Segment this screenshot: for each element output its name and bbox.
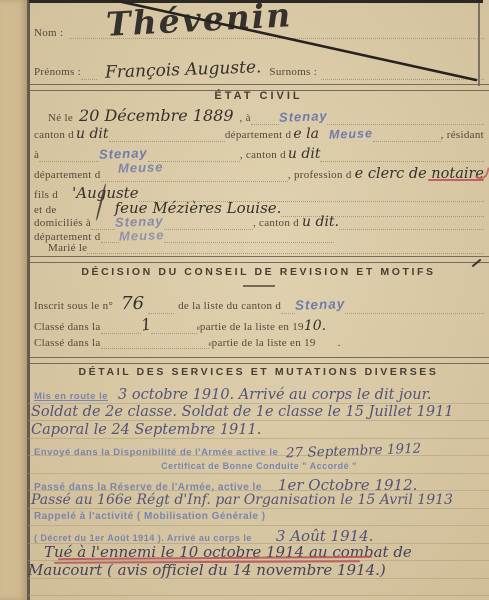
ruled-line [28, 525, 489, 526]
service-3-handwritten: Caporal le 24 Septembre 1911. [31, 422, 261, 438]
canton-label: canton d [34, 129, 74, 141]
decision-title: DÉCISION DU CONSEIL DE REVISION ET MOTIF… [34, 266, 483, 278]
fill [320, 158, 484, 162]
service-4-handwritten: 27 Septembre 1912 [286, 441, 422, 462]
marie-row: Marié le [34, 242, 484, 254]
fill [281, 310, 295, 314]
service-1-handwritten: 3 octobre 1910. Arrivé au corps le dit j… [118, 387, 432, 403]
ne-le-label: Né le [48, 112, 73, 124]
service-7-handwritten: Passé au 166e Régt d'Inf. par Organisati… [31, 492, 453, 508]
birth-place-stamp: Stenay [279, 108, 328, 125]
fill [39, 158, 99, 162]
canton2-handwritten: u dit [288, 146, 321, 162]
partie2-label: partie de la liste en 19 [212, 337, 316, 349]
profession-row: département d , profession d e clerc de … [34, 166, 484, 182]
surnoms-label: Surnoms : [269, 66, 317, 78]
ruled-line [28, 595, 489, 596]
profession-label: , profession d [288, 169, 352, 181]
maucourt-handwritten: Maucourt ( avis officiel du 14 novembre … [28, 561, 386, 579]
ruled-line [28, 438, 489, 439]
services-title: DÉTAIL DES SERVICES ET MUTATIONS DIVERSE… [34, 366, 483, 378]
fill [327, 121, 484, 125]
inscrit-row: Inscrit sous le n° 76 de la liste du can… [34, 293, 484, 314]
dept3-row: département d Meuse [34, 228, 484, 243]
fill [109, 138, 225, 142]
dept-handwritten: e la [293, 126, 319, 142]
service-row-7: Passé au 166e Régt d'Inf. par Organisati… [34, 492, 484, 508]
decision-canton-stamp: Stenay [295, 296, 346, 313]
prenoms-fill-a [81, 76, 97, 80]
fill [101, 330, 141, 334]
prenoms-label: Prénoms : [34, 66, 81, 78]
section-divider-3 [27, 357, 489, 364]
canton2-label: , canton d [240, 149, 286, 161]
ruled-line [28, 508, 489, 509]
service-row-1: Mis en route le 3 octobre 1910. Arrivé a… [34, 387, 484, 403]
etat-civil-title: ÉTAT CIVIL [34, 90, 483, 102]
service-row-5: Certificat de Bonne Conduite " Accordé " [34, 461, 484, 471]
nom-label: Nom : [34, 27, 63, 39]
dot-label: . [338, 337, 341, 349]
classe1-label: Classé dans la [34, 321, 101, 333]
prenoms-row: Prénoms : François Auguste. Surnoms : [34, 60, 484, 80]
surnoms-fill-line [321, 76, 484, 80]
prenoms-handwritten-value: François Auguste. [105, 57, 262, 82]
fill [373, 138, 441, 142]
scan-left-margin [0, 0, 27, 600]
fill [345, 310, 484, 314]
dept-label: département d [225, 129, 292, 141]
classe2-label: Classé dans la [34, 337, 101, 349]
classe1-row: Classé dans la 1 e partie de la liste en… [34, 315, 484, 334]
liste-label: de la liste du canton d [178, 300, 281, 312]
partie1-label: partie de la liste en 19 [200, 321, 304, 333]
marie-label: Marié le [48, 242, 87, 254]
service-row-11: Maucourt ( avis officiel du 14 novembre … [34, 561, 484, 579]
fill [101, 345, 209, 349]
canton-handwritten: u dit [76, 126, 109, 142]
numero-handwritten: 76 [121, 293, 144, 314]
service-row-8: Rappelé à l'activité ( Mobilisation Géné… [34, 511, 484, 522]
inscrit-label: Inscrit sous le n° [34, 300, 113, 312]
decret-stamp: ( Décret du 1er Août 1914 ). Arrivé au c… [34, 533, 252, 543]
birth-row: Né le 20 Décembre 1889 , à Stenay [34, 106, 484, 125]
residant-label: , résidant [441, 129, 484, 141]
service-row-4: Envoyé dans la Disponibilité de l'Armée … [34, 443, 484, 459]
annee1-handwritten: 10. [304, 318, 326, 334]
title-underline [243, 285, 275, 287]
service-row-3: Caporal le 24 Septembre 1911. [34, 422, 484, 438]
mis-en-route-stamp: Mis en route le [34, 391, 108, 402]
ruled-line [28, 473, 489, 474]
military-record-page: Nom : Thévenin Prénoms : François August… [0, 0, 489, 600]
fill [148, 310, 174, 314]
fill [87, 250, 484, 254]
dept2-label: département d [34, 169, 101, 181]
envoye-disponibilite-stamp: Envoyé dans la Disponibilité de l'Armée … [34, 447, 278, 458]
fill [251, 121, 279, 125]
canton-row: canton d u dit département d e la Meuse … [34, 126, 484, 142]
fill [151, 330, 197, 334]
ruled-line [28, 420, 489, 421]
birth-date-handwritten: 20 Décembre 1889 [79, 106, 234, 125]
dept-stamp: Meuse [329, 126, 373, 142]
classe2-row: Classé dans la e partie de la liste en 1… [34, 337, 484, 349]
section-divider-2 [27, 256, 489, 263]
residence-row: à Stenay , canton d u dit [34, 146, 484, 162]
rappele-activite-stamp: Rappelé à l'activité ( Mobilisation Géné… [34, 511, 266, 522]
service-2-handwritten: Soldat de 2e classe. Soldat de 1e classe… [31, 404, 454, 420]
certificat-bonne-conduite-stamp: Certificat de Bonne Conduite " Accordé " [161, 461, 357, 471]
a-label: , à [240, 112, 251, 124]
fill [101, 178, 288, 182]
service-row-2: Soldat de 2e classe. Soldat de 1e classe… [34, 404, 484, 420]
red-underline-profession [428, 179, 484, 181]
